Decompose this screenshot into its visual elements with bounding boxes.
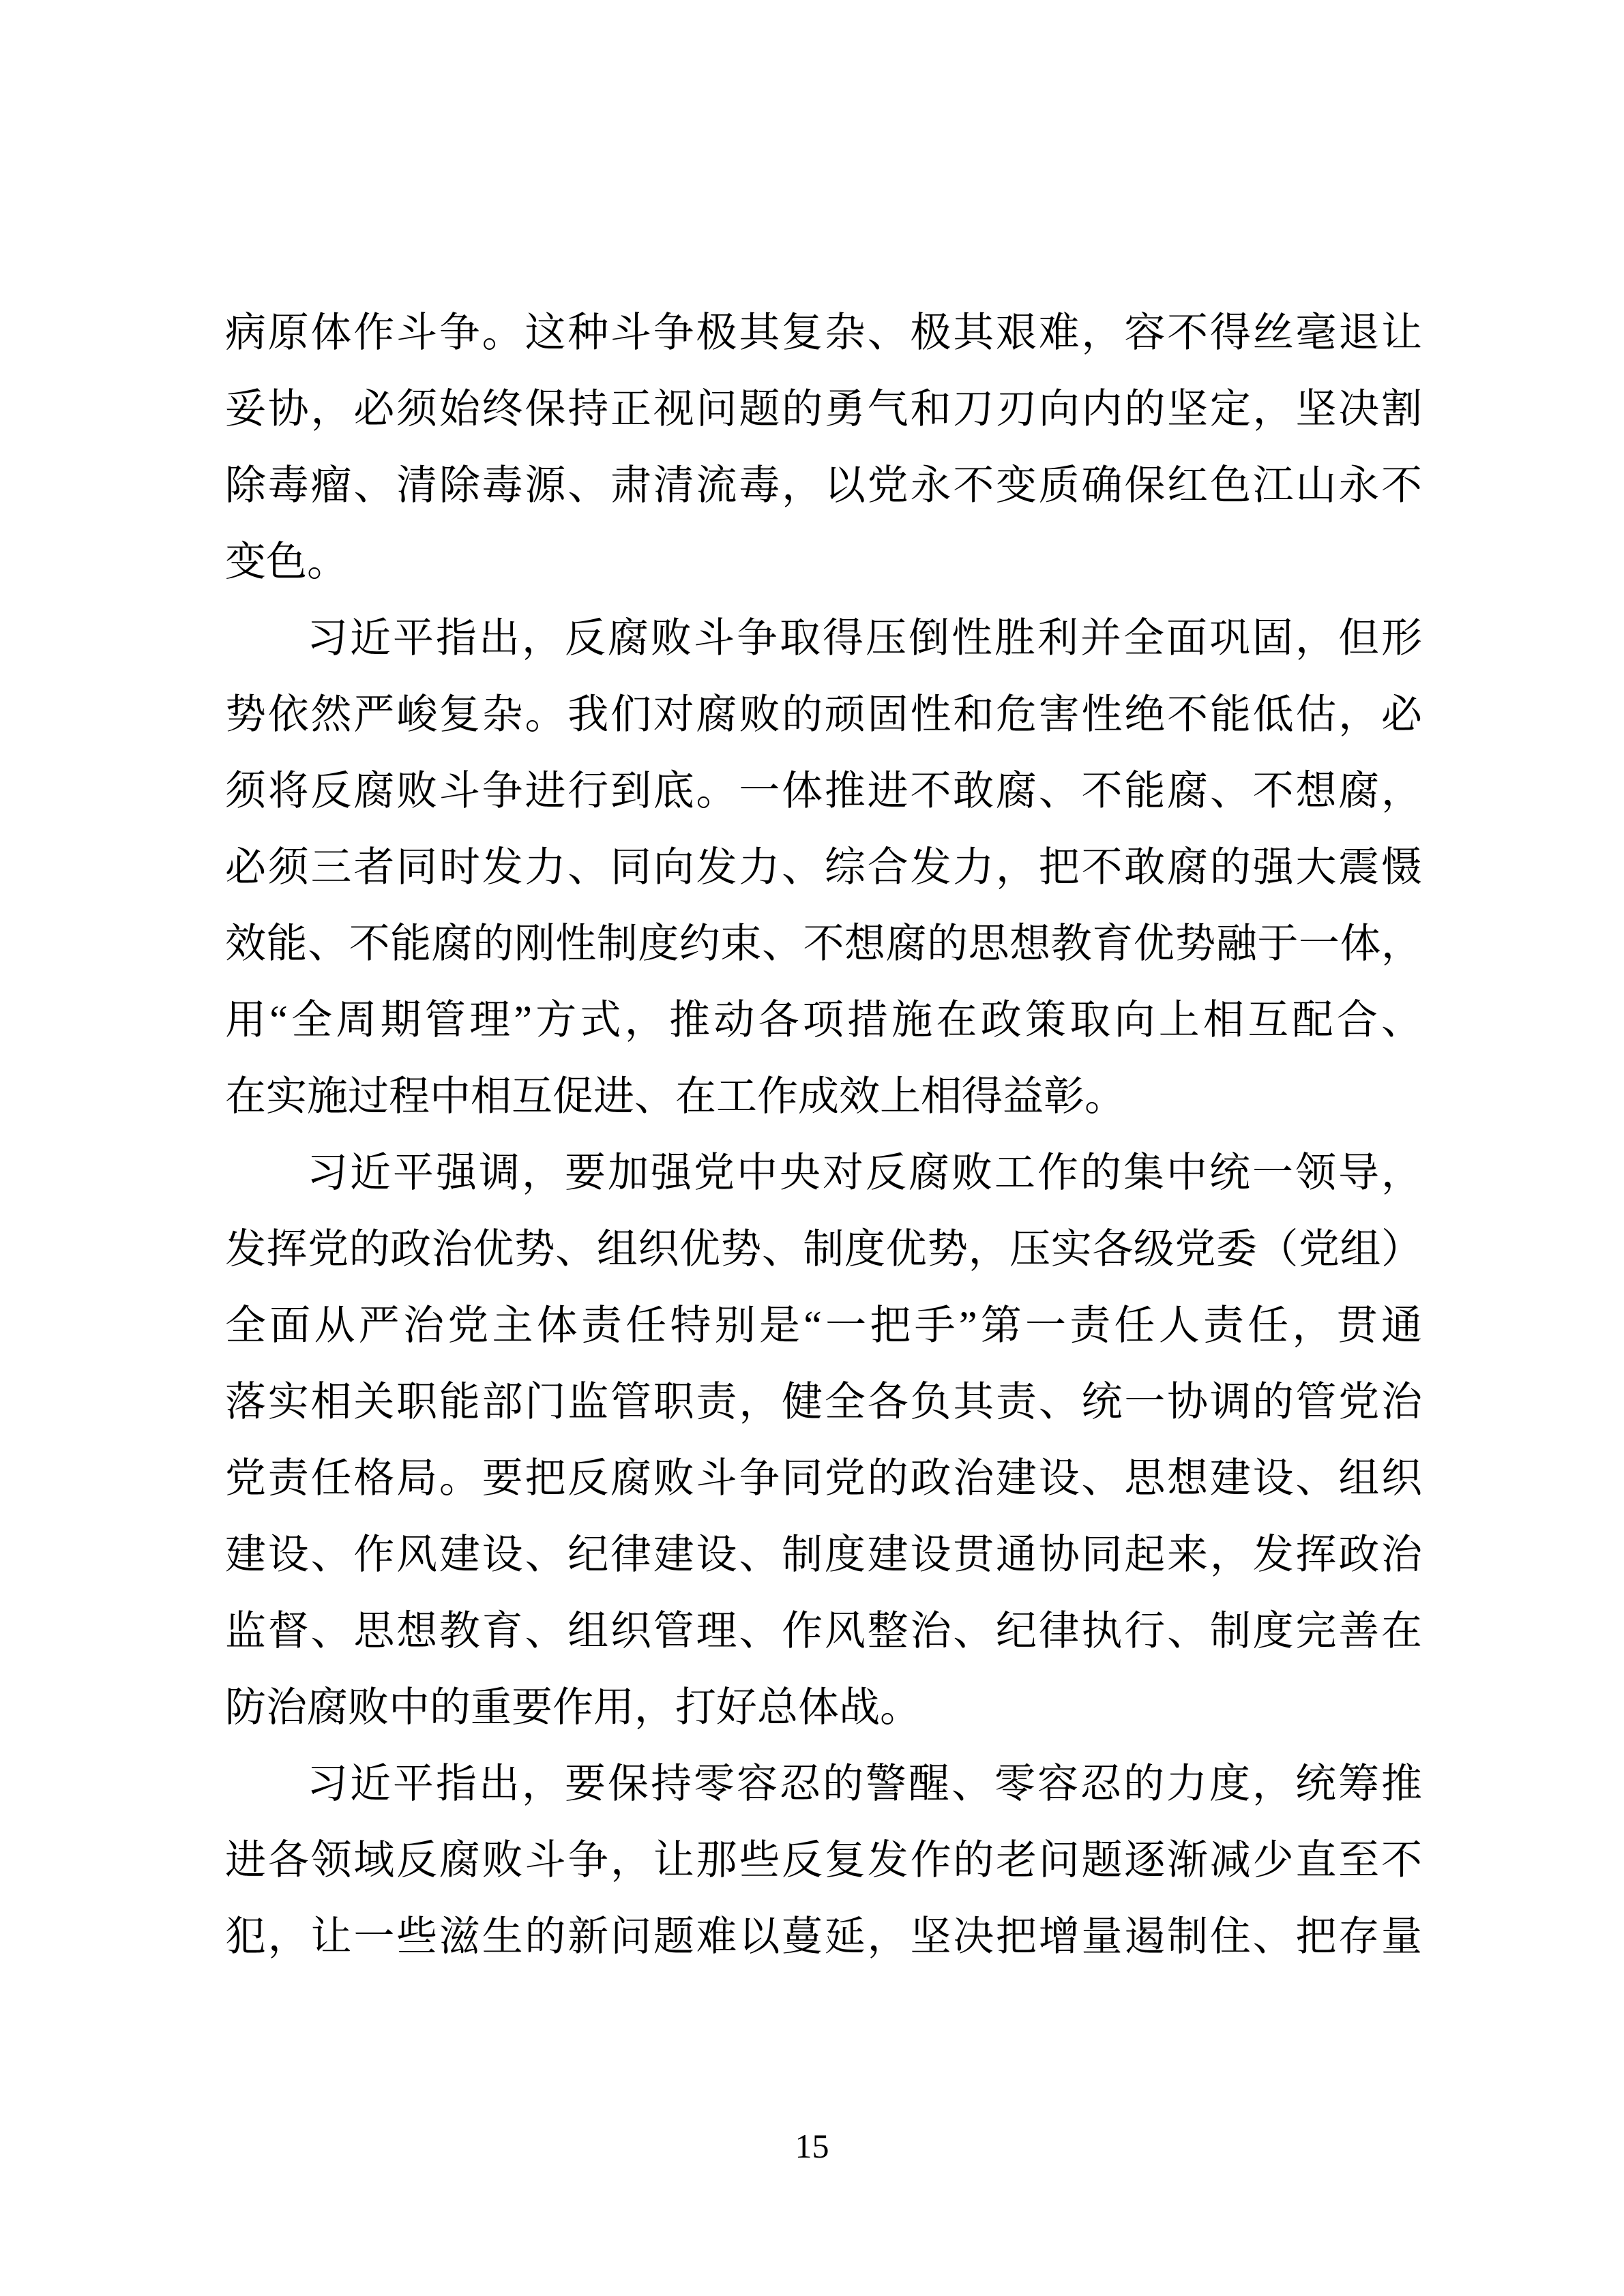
text-line: 犯，让一些滋生的新问题难以蔓延，坚决把增量遏制住、把存量 xyxy=(225,1898,1422,1975)
page-footer: 15 xyxy=(0,2126,1624,2166)
document-page: 病原体作斗争。这种斗争极其复杂、极其艰难，容不得丝毫退让妥协，必须始终保持正视问… xyxy=(0,0,1624,2296)
text-line: 妥协，必须始终保持正视问题的勇气和刀刃向内的坚定，坚决割 xyxy=(225,371,1422,447)
text-block: 病原体作斗争。这种斗争极其复杂、极其艰难，容不得丝毫退让妥协，必须始终保持正视问… xyxy=(225,295,1422,1975)
text-line: 监督、思想教育、组织管理、作风整治、纪律执行、制度完善在 xyxy=(225,1593,1422,1669)
text-line: 用“全周期管理”方式，推动各项措施在政策取向上相互配合、 xyxy=(225,982,1422,1058)
text-line: 落实相关职能部门监管职责，健全各负其责、统一协调的管党治 xyxy=(225,1364,1422,1440)
text-line: 习近平强调，要加强党中央对反腐败工作的集中统一领导， xyxy=(225,1135,1422,1211)
text-line: 势依然严峻复杂。我们对腐败的顽固性和危害性绝不能低估，必 xyxy=(225,676,1422,753)
text-line: 进各领域反腐败斗争，让那些反复发作的老问题逐渐减少直至不 xyxy=(225,1822,1422,1898)
text-line: 全面从严治党主体责任特别是“一把手”第一责任人责任，贯通 xyxy=(225,1287,1422,1364)
page-number: 15 xyxy=(795,2127,829,2165)
text-line: 必须三者同时发力、同向发力、综合发力，把不敢腐的强大震慑 xyxy=(225,829,1422,906)
text-line: 病原体作斗争。这种斗争极其复杂、极其艰难，容不得丝毫退让 xyxy=(225,295,1422,371)
text-line: 习近平指出，反腐败斗争取得压倒性胜利并全面巩固，但形 xyxy=(225,600,1422,676)
text-line: 除毒瘤、清除毒源、肃清流毒，以党永不变质确保红色江山永不 xyxy=(225,447,1422,524)
text-line: 建设、作风建设、纪律建设、制度建设贯通协同起来，发挥政治 xyxy=(225,1517,1422,1593)
text-line: 防治腐败中的重要作用，打好总体战。 xyxy=(225,1669,1422,1746)
text-line: 须将反腐败斗争进行到底。一体推进不敢腐、不能腐、不想腐， xyxy=(225,753,1422,829)
text-line: 变色。 xyxy=(225,524,1422,600)
text-line: 党责任格局。要把反腐败斗争同党的政治建设、思想建设、组织 xyxy=(225,1440,1422,1517)
text-line: 习近平指出，要保持零容忍的警醒、零容忍的力度，统筹推 xyxy=(225,1746,1422,1822)
text-line: 发挥党的政治优势、组织优势、制度优势，压实各级党委（党组） xyxy=(225,1211,1422,1287)
text-line: 效能、不能腐的刚性制度约束、不想腐的思想教育优势融于一体， xyxy=(225,906,1422,982)
text-line: 在实施过程中相互促进、在工作成效上相得益彰。 xyxy=(225,1058,1422,1135)
